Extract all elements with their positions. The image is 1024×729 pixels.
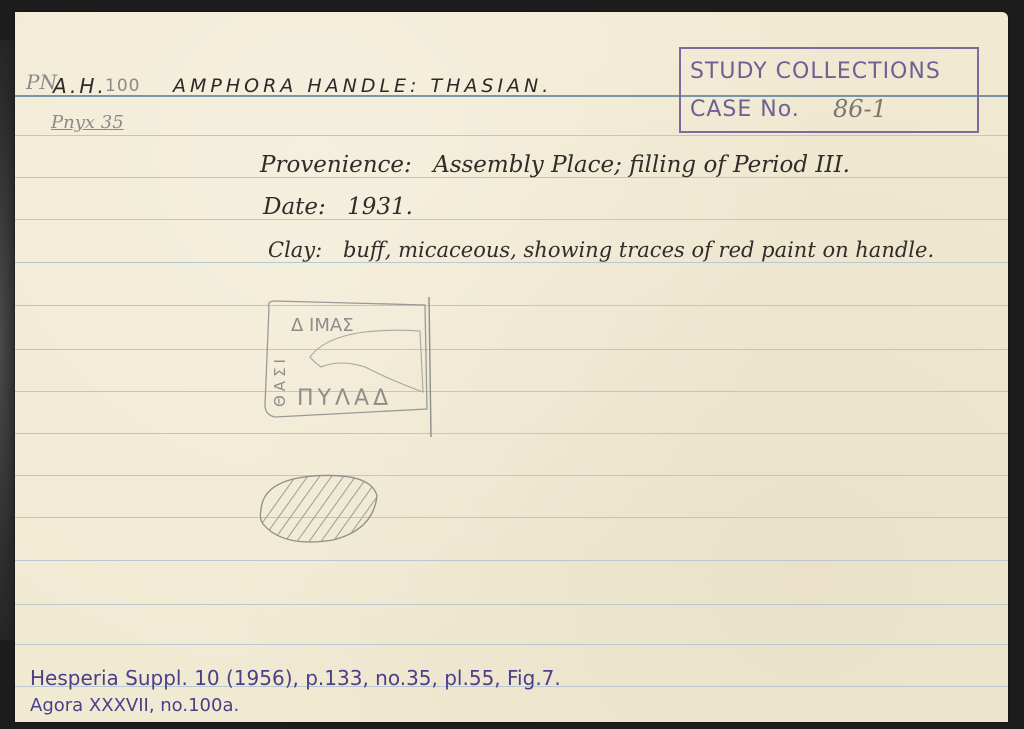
ruled-line bbox=[15, 604, 1008, 605]
sketch-side-text: ΘΑΣΙ bbox=[271, 355, 289, 407]
card-title: AMPHORA HANDLE: THASIAN. bbox=[173, 75, 552, 97]
sketch-top-text: Δ ΙΜΑΣ bbox=[291, 315, 354, 336]
secondary-reference: Pnyx 35 bbox=[51, 112, 124, 133]
ruled-line bbox=[15, 391, 1008, 392]
ruled-line bbox=[15, 433, 1008, 434]
ruled-line bbox=[15, 517, 1008, 518]
ruled-line bbox=[15, 305, 1008, 306]
stamp-line1: STUDY COLLECTIONS bbox=[690, 59, 941, 84]
field-label: Provenience: bbox=[260, 152, 412, 178]
sketch-bottom-text: ΠΥΛΑΔ bbox=[297, 386, 392, 411]
inventory-number-suffix: 100 bbox=[105, 76, 140, 96]
ruled-line bbox=[15, 219, 1008, 220]
field-value: 1931. bbox=[347, 194, 413, 220]
bibliography-line-1: Hesperia Suppl. 10 (1956), p.133, no.35,… bbox=[30, 666, 561, 690]
ruled-line bbox=[15, 135, 1008, 136]
inventory-number: A.H. bbox=[53, 74, 107, 98]
stamp-case-label: CASE No. bbox=[690, 97, 800, 122]
ruled-line bbox=[15, 262, 1008, 263]
field-value: buff, micaceous, showing traces of red p… bbox=[343, 238, 934, 262]
field-value: Assembly Place; filling of Period III. bbox=[433, 152, 850, 178]
ruled-line bbox=[15, 349, 1008, 350]
stamp-case-value: 86-1 bbox=[833, 95, 887, 123]
study-collections-stamp: STUDY COLLECTIONS CASE No. 86-1 bbox=[679, 47, 979, 133]
ruled-line bbox=[15, 644, 1008, 645]
catalog-card: PN A.H. 100 AMPHORA HANDLE: THASIAN. Pny… bbox=[15, 12, 1008, 722]
field-label: Clay: bbox=[268, 238, 322, 262]
field-provenience: Provenience: Assembly Place; filling of … bbox=[260, 152, 850, 178]
field-clay: Clay: buff, micaceous, showing traces of… bbox=[268, 238, 934, 262]
ruled-line bbox=[15, 475, 1008, 476]
stamp-impression-sketch: Δ ΙΜΑΣ ΠΥΛΑΔ ΘΑΣΙ bbox=[255, 297, 435, 442]
field-date: Date: 1931. bbox=[263, 194, 413, 220]
field-label: Date: bbox=[263, 194, 326, 220]
bibliography-line-2: Agora XXXVII, no.100a. bbox=[30, 695, 239, 716]
handle-section-sketch bbox=[253, 470, 383, 546]
ruled-line bbox=[15, 560, 1008, 561]
